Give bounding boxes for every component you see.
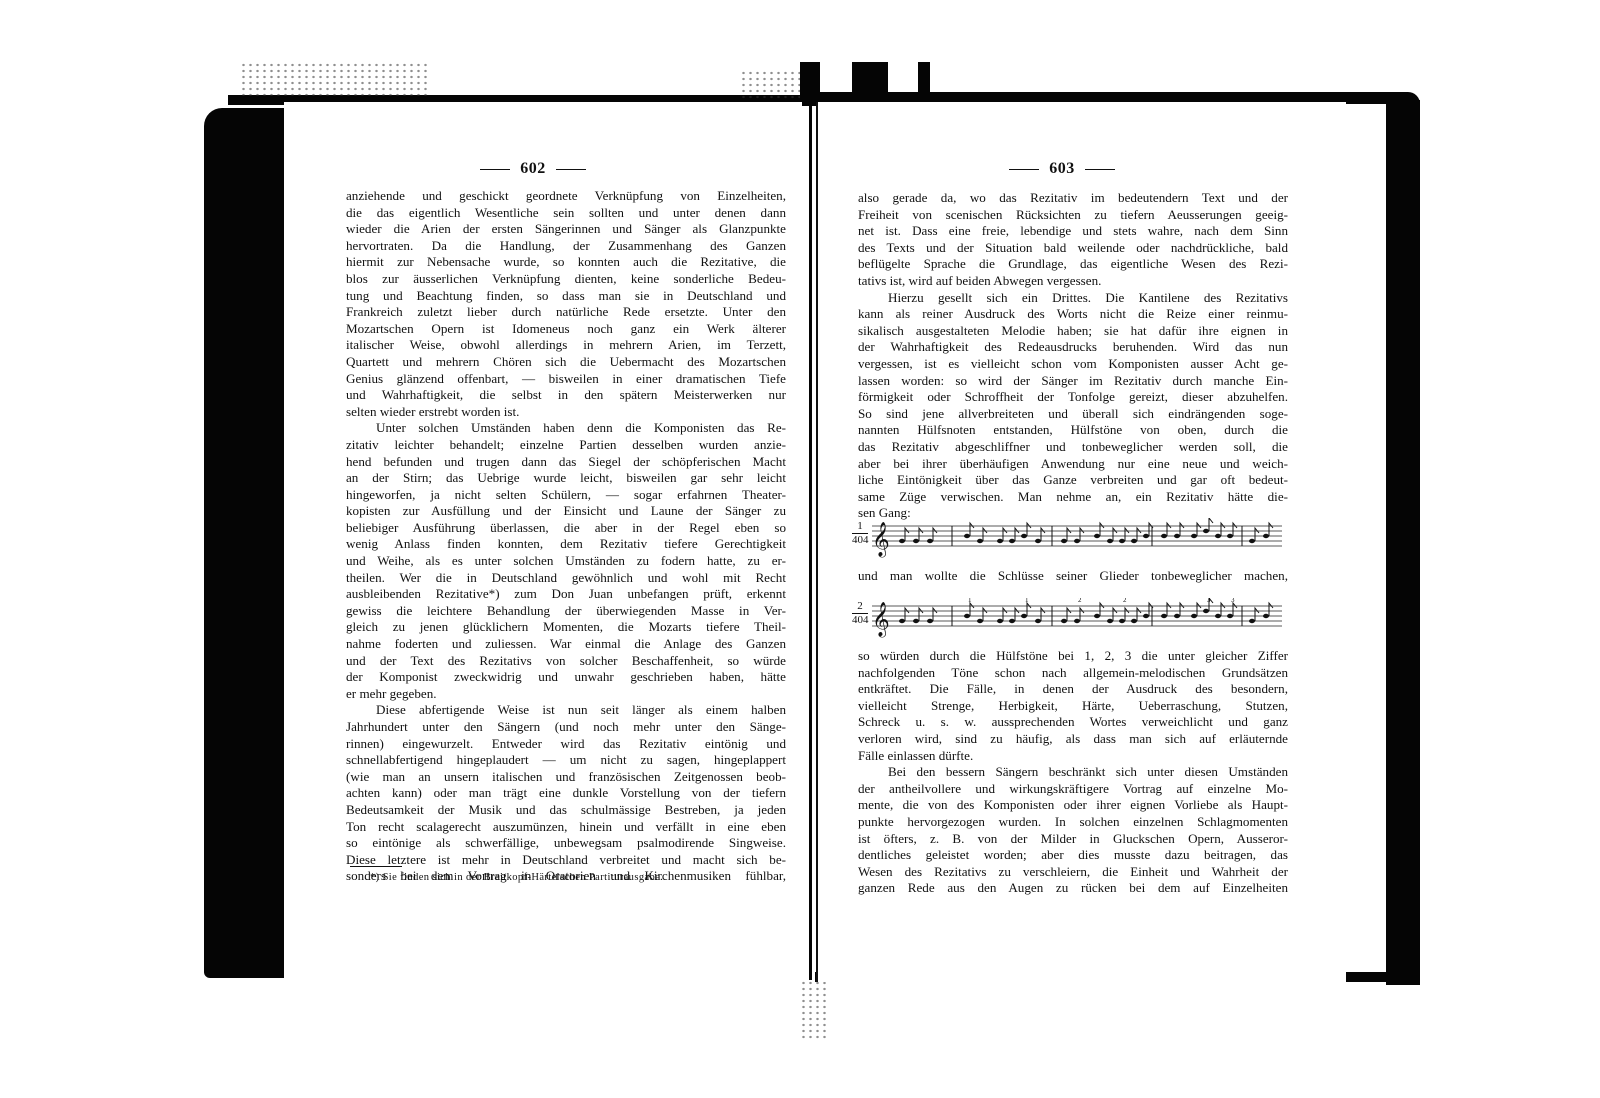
text-line: Bei den bessern Sängern beschränkt sich … [858,764,1288,781]
bottom-speckle [800,980,830,1040]
footnote-rule [350,866,402,867]
footnote: *) Sie finden sich in der Breitkopf-Härt… [370,872,663,883]
page-number-right: 603 [798,160,1326,178]
text-line: Fälle einlassen dürfte. [858,748,1288,765]
text-line: tung und Beachtung finden, so dass man s… [346,288,786,305]
text-line: punkte hervorgezogen wurden. In solchen … [858,814,1288,831]
text-line: der Wahrhaftigkeit des Redeausdrucks ber… [858,339,1288,356]
text-line: er mehr gegeben. [346,686,786,703]
text-line: lassen worden: so wird der Sänger im Rez… [858,373,1288,390]
text-line: italischer Weise, obwohl allerdings in m… [346,337,786,354]
text-line: die das eigentlich Wesentliche sein soll… [346,205,786,222]
example-label: 1 404 [852,520,868,547]
text-line: net ist. Dass eine freie, lebendige und … [858,223,1288,240]
music-example-2: 2 404 𝄞112233 [852,598,1282,638]
text-line: Genius glänzend offenbart, — bisweilen i… [346,371,786,388]
text-line: mente, die von des Komponisten oder ihre… [858,797,1288,814]
svg-text:3: 3 [1207,598,1211,604]
text-line: hend befunden und trugen dann das Siegel… [346,454,786,471]
text-line: wieder die Arien der ersten Sängerinnen … [346,221,786,238]
svg-text:1: 1 [968,598,972,604]
text-line: Freiheit von scenischen Rücksichten zu t… [858,207,1288,224]
text-line: sikalisch ausgestalteten Melodie haben; … [858,323,1288,340]
text-line: hiermit zur Nebensache wurde, so konnten… [346,254,786,271]
text-line: förmigkeit oder Schroffheit der Tonfolge… [858,389,1288,406]
text-line: und Wahrhaftigkeit, die selbst in den sp… [346,387,786,404]
music-example-1: 1 404 𝄞 [852,518,1282,558]
gutter-speckle [740,70,800,100]
text-line: ist öfters, z. B. von der Milder in Gluc… [858,831,1288,848]
text-line: same Züge verwischen. Man nehme an, ein … [858,489,1288,506]
text-line: Diese letztere ist mehr in Deutschland v… [346,852,786,869]
text-line: Diese abfertigende Weise ist nun seit lä… [346,702,786,719]
spine-line [809,100,812,980]
text-line: beflügelte Sprache die Grundlage, das ei… [858,256,1288,273]
text-line: entkräftet. Die Fälle, in denen der Ausd… [858,681,1288,698]
page-number-left: 602 [274,160,792,178]
text-line: theilen. Wer die in Deutschland gewöhnli… [346,570,786,587]
text-line: (wie man an unsern italischen und franzö… [346,769,786,786]
left-page-body: anziehende und geschickt geordnete Verkn… [346,188,786,885]
text-line: hingeworfen, ja nicht selten Schülern, —… [346,487,786,504]
text-line: so würden durch die Hülfstöne bei 1, 2, … [858,648,1288,665]
text-line: und Weihe, als es unter solchen Umstände… [346,553,786,570]
text-line: Wesen des Rezitativs zu verschleiern, di… [858,864,1288,881]
text-line: hervortraten. Da die Handlung, der Zusam… [346,238,786,255]
svg-text:3: 3 [1231,598,1235,604]
text-line: kann als reiner Ausdruck des Worts nicht… [858,306,1288,323]
text-line: Hierzu gesellt sich ein Drittes. Die Kan… [858,290,1288,307]
text-line: Bedeutsamkeit der Musik und das schulmäs… [346,802,786,819]
text-line: nannten Hülfsnoten entstanden, Hülfstöne… [858,422,1288,439]
page-number-text: 602 [520,160,546,177]
text-line: rinnen) eingewurzelt. Entweder wird das … [346,736,786,753]
svg-text:2: 2 [1078,598,1082,604]
text-line: ganzen Rede aus den Augen zu rücken bei … [858,880,1288,897]
text-line: zitativ leichter behandelt; einzelne Par… [346,437,786,454]
text-line: der Komponist zweckwidrig und unwahr ges… [346,669,786,686]
text-line: gewiss die leichtere Behandlung der über… [346,603,786,620]
text-line: Jahrhundert unter den Sängern (und noch … [346,719,786,736]
text-line: Unter solchen Umständen haben denn die K… [346,420,786,437]
left-top-speckle [240,62,430,96]
right-page-body-top: also gerade da, wo das Rezitativ im bede… [858,190,1288,522]
text-line: selten wieder erstrebt worden ist. [346,404,786,421]
text-line: schnellabfertigend hingeplaudert — um ni… [346,752,786,769]
text-line: vielleicht Strenge, Herbigkeit, Härte, U… [858,698,1288,715]
text-line: anziehende und geschickt geordnete Verkn… [346,188,786,205]
svg-text:𝄞: 𝄞 [872,602,890,638]
text-line: gleich zu jenen glücklichern Momenten, d… [346,619,786,636]
text-line: nahme foderten und zuliessen. War einmal… [346,636,786,653]
text-line: Mozartschen Opern ist Idomeneus noch gan… [346,321,786,338]
svg-text:1: 1 [1025,598,1029,604]
text-line: Schreck u. s. w. aussprechenden Wortes v… [858,714,1288,731]
text-line: ausbleibenden Rezitative*) zum Don Juan … [346,586,786,603]
svg-text:𝄞: 𝄞 [872,522,890,558]
text-line: kopisten zur Ausfüllung und der Einsicht… [346,503,786,520]
example-label: 2 404 [852,600,868,627]
text-line: das Rezitativ abgeschliffner und tonbewe… [858,439,1288,456]
text-line: liche Eintönigkeit über das Ganze verbre… [858,472,1288,489]
text-line: wenig Anlass finden konnten, dem Rezitat… [346,536,786,553]
music-staff-1: 𝄞 [872,518,1282,562]
text-line: verloren wird, sind zu häufig, als dass … [858,731,1288,748]
page-number-text: 603 [1049,160,1075,177]
text-line: dentliches geleistet worden; aber dies m… [858,847,1288,864]
text-line: aber bei ihrer überhäufigen Anwendung nu… [858,456,1288,473]
text-line: so eintönige als schwerfällige, unbewegs… [346,835,786,852]
text-line: vergessen, ist es vielleicht schon vom K… [858,356,1288,373]
right-page-between-examples: und man wollte die Schlüsse seiner Glied… [858,568,1288,585]
text-line: und der Text des Rezitativs von solcher … [346,653,786,670]
text-line: achten kann) oder man trägt eine dunkle … [346,785,786,802]
music-staff-2: 𝄞112233 [872,598,1282,642]
text-line: Quartett und mehrern Chören sich die Ueb… [346,354,786,371]
svg-text:2: 2 [1123,598,1127,604]
text-line: tativs ist, wird auf beiden Abwegen verg… [858,273,1288,290]
text-line: Frankreich zuletzt lieber durch natürlic… [346,304,786,321]
right-cover-edge [1386,100,1420,985]
right-page-body-bottom: so würden durch die Hülfstöne bei 1, 2, … [858,648,1288,897]
text-line: der antheilvollere und wirkungskräftiger… [858,781,1288,798]
text-line: blos zur äusserlichen Verknüpfung diente… [346,271,786,288]
text-line: So sind jene allverbreiteten und überall… [858,406,1288,423]
text-line: an der Stirn; das Uebrige wurde leicht, … [346,470,786,487]
text-line: beliebiger Ausführung überlassen, die ab… [346,520,786,537]
text-line: also gerade da, wo das Rezitativ im bede… [858,190,1288,207]
text-line: nachfolgenden Töne schon nach allgemein-… [858,665,1288,682]
text-line: Ton recht scalagerecht auszumünzen, hine… [346,819,786,836]
text-line: des Texts und der Situation bald weilend… [858,240,1288,257]
left-cover-edge [204,108,286,978]
